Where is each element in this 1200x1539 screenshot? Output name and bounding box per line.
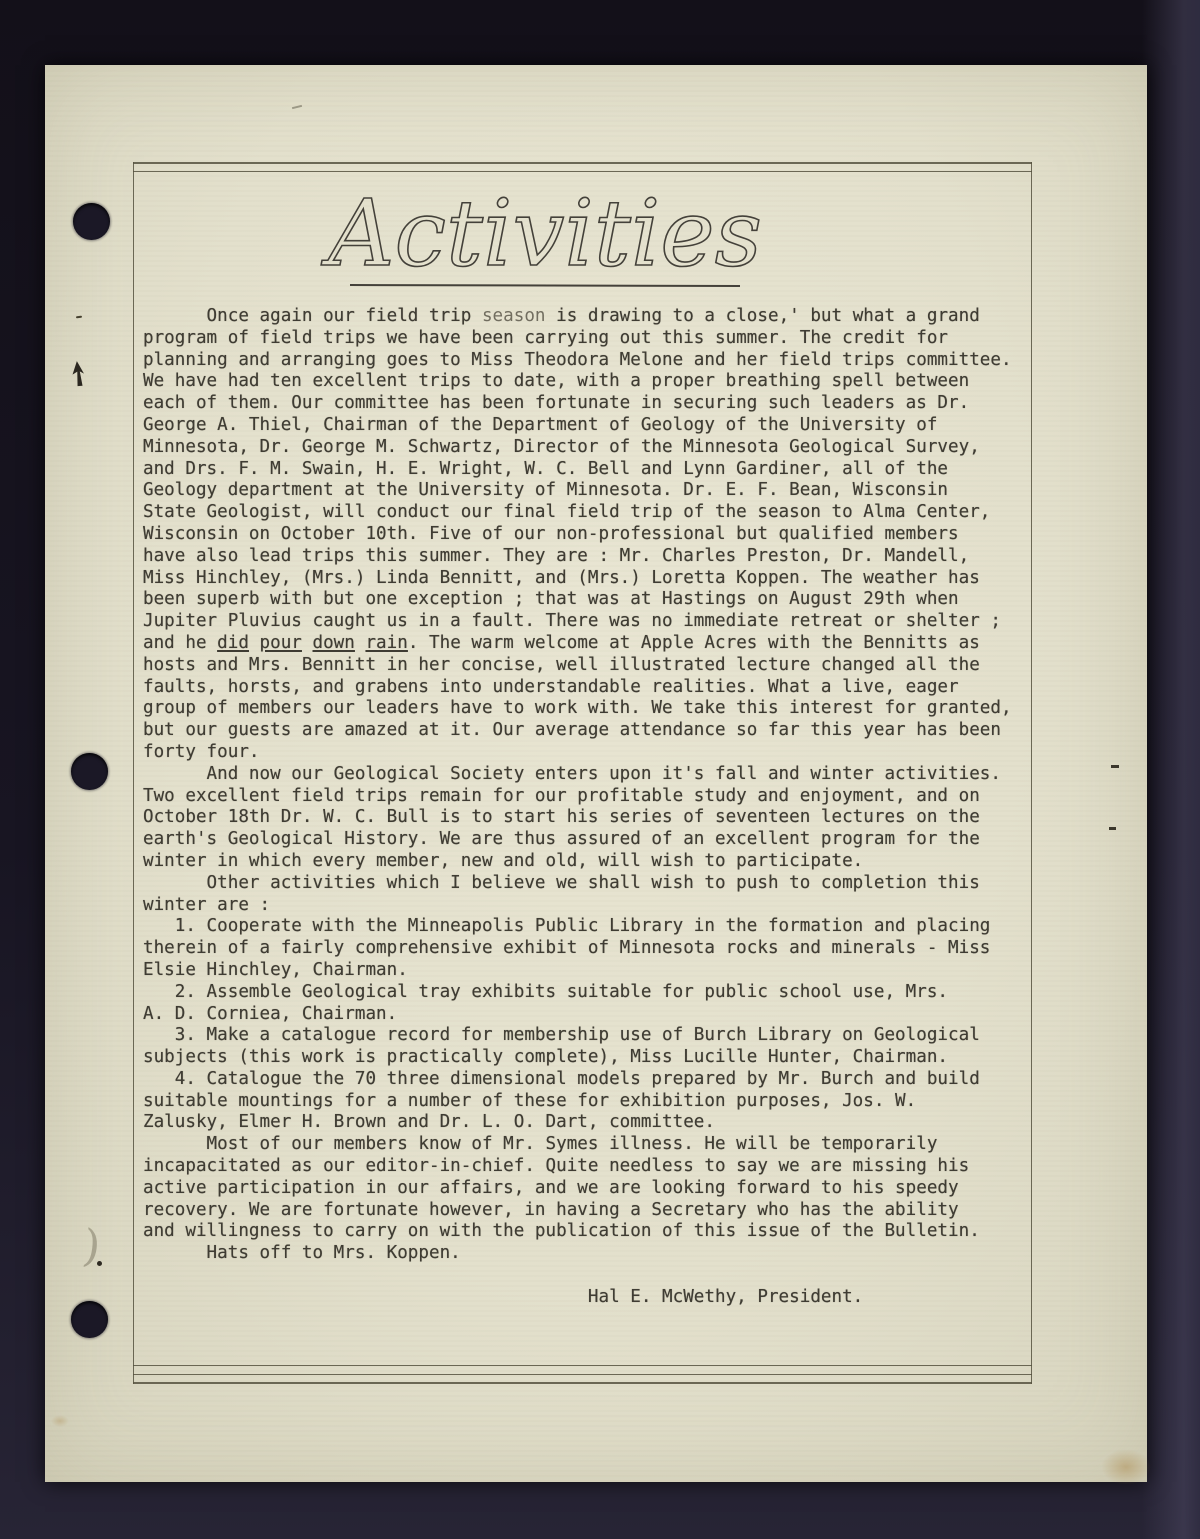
- text-line: Hats off to Mrs. Koppen.: [143, 1243, 1038, 1265]
- text-run: [302, 633, 313, 653]
- text-line: but our guests are amazed at it. Our ave…: [143, 720, 1038, 742]
- text-line: and he did pour down rain. The warm welc…: [143, 633, 1038, 655]
- punch-hole-bottom: [71, 1301, 108, 1338]
- margin-arrow-ink-mark: [71, 361, 87, 387]
- title-script-drawing: Activities: [305, 165, 785, 305]
- text-line: Elsie Hinchley, Chairman.: [143, 960, 1038, 982]
- punch-hole-top: [73, 203, 110, 240]
- text-line: faults, horsts, and grabens into underst…: [143, 677, 1038, 699]
- right-margin-dash-2: [1109, 827, 1116, 830]
- text-line: incapacitated as our editor-in-chief. Qu…: [143, 1156, 1038, 1178]
- text-line: Miss Hinchley, (Mrs.) Linda Bennitt, and…: [143, 568, 1038, 590]
- text-line: 1. Cooperate with the Minneapolis Public…: [143, 916, 1038, 938]
- stain-bottom-right: [1101, 1449, 1151, 1485]
- text-line: 2. Assemble Geological tray exhibits sui…: [143, 982, 1038, 1004]
- margin-dash-mark: [76, 316, 82, 319]
- text-run: season: [482, 306, 546, 326]
- text-line: subjects (this work is practically compl…: [143, 1047, 1038, 1069]
- text-line: Minnesota, Dr. George M. Schwartz, Direc…: [143, 437, 1038, 459]
- ink-dot-mark: [97, 1261, 102, 1266]
- text-line: Other activities which I believe we shal…: [143, 873, 1038, 895]
- document-paper: Activities Once again our field trip sea…: [45, 65, 1147, 1482]
- underlined-word: did: [217, 633, 249, 653]
- text-run: is drawing to a close,' but what a grand: [546, 306, 980, 326]
- text-line: Most of our members know of Mr. Symes il…: [143, 1134, 1038, 1156]
- text-line: George A. Thiel, Chairman of the Departm…: [143, 415, 1038, 437]
- frame-left-line: [133, 162, 134, 1384]
- faint-top-mark: [292, 105, 302, 109]
- text-line: have also lead trips this summer. They a…: [143, 546, 1038, 568]
- page-title-text: Activities: [320, 180, 762, 287]
- underlined-word: down: [313, 633, 355, 653]
- text-line: earth's Geological History. We are thus …: [143, 829, 1038, 851]
- text-line: and Drs. F. M. Swain, H. E. Wright, W. C…: [143, 459, 1038, 481]
- book-spine-highlight: [1142, 0, 1200, 1539]
- document-body: Once again our field trip season is draw…: [143, 306, 1038, 1309]
- text-line: group of members our leaders have to wor…: [143, 698, 1038, 720]
- text-line: Once again our field trip season is draw…: [143, 306, 1038, 328]
- frame-top-line-outer: [133, 162, 1032, 164]
- text-line: Jupiter Pluvius caught us in a fault. Th…: [143, 611, 1038, 633]
- page-title: Activities: [305, 165, 785, 305]
- text-line: Geology department at the University of …: [143, 480, 1038, 502]
- text-run: [355, 633, 366, 653]
- text-line: and willingness to carry on with the pub…: [143, 1221, 1038, 1243]
- scanned-page-background: Activities Once again our field trip sea…: [0, 0, 1200, 1539]
- text-line: State Geologist, will conduct our final …: [143, 502, 1038, 524]
- text-line: And now our Geological Society enters up…: [143, 764, 1038, 786]
- text-line: Hal E. McWethy, President.: [143, 1287, 1038, 1309]
- text-line: October 18th Dr. W. C. Bull is to start …: [143, 807, 1038, 829]
- text-line: suitable mountings for a number of these…: [143, 1091, 1038, 1113]
- underlined-word: pour: [260, 633, 302, 653]
- punch-hole-middle: [71, 753, 108, 790]
- frame-bottom-line-2: [133, 1374, 1032, 1375]
- text-run: and he: [143, 633, 217, 653]
- text-line: active participation in our affairs, and…: [143, 1178, 1038, 1200]
- text-line: therein of a fairly comprehensive exhibi…: [143, 938, 1038, 960]
- text-line: [143, 1265, 1038, 1287]
- text-run: Once again our field trip: [143, 306, 482, 326]
- text-line: been superb with but one exception ; tha…: [143, 589, 1038, 611]
- title-underline: [350, 285, 740, 286]
- frame-bottom-line-1: [133, 1365, 1032, 1366]
- text-line: each of them. Our committee has been for…: [143, 393, 1038, 415]
- text-line: 3. Make a catalogue record for membershi…: [143, 1025, 1038, 1047]
- text-line: program of field trips we have been carr…: [143, 328, 1038, 350]
- text-line: winter in which every member, new and ol…: [143, 851, 1038, 873]
- text-run: . The warm welcome at Apple Acres with t…: [408, 633, 980, 653]
- underlined-word: rain: [365, 633, 407, 653]
- text-line: planning and arranging goes to Miss Theo…: [143, 350, 1038, 372]
- text-line: recovery. We are fortunate however, in h…: [143, 1200, 1038, 1222]
- text-line: hosts and Mrs. Bennitt in her concise, w…: [143, 655, 1038, 677]
- text-line: We have had ten excellent trips to date,…: [143, 371, 1038, 393]
- frame-bottom-line-3: [133, 1382, 1032, 1384]
- text-line: winter are :: [143, 895, 1038, 917]
- right-margin-dash-1: [1111, 765, 1119, 768]
- text-line: Zalusky, Elmer H. Brown and Dr. L. O. Da…: [143, 1112, 1038, 1134]
- text-line: forty four.: [143, 742, 1038, 764]
- stain-left-edge: [51, 1415, 69, 1427]
- text-line: Wisconsin on October 10th. Five of our n…: [143, 524, 1038, 546]
- text-line: A. D. Corniea, Chairman.: [143, 1004, 1038, 1026]
- text-line: 4. Catalogue the 70 three dimensional mo…: [143, 1069, 1038, 1091]
- text-run: [249, 633, 260, 653]
- text-line: Two excellent field trips remain for our…: [143, 786, 1038, 808]
